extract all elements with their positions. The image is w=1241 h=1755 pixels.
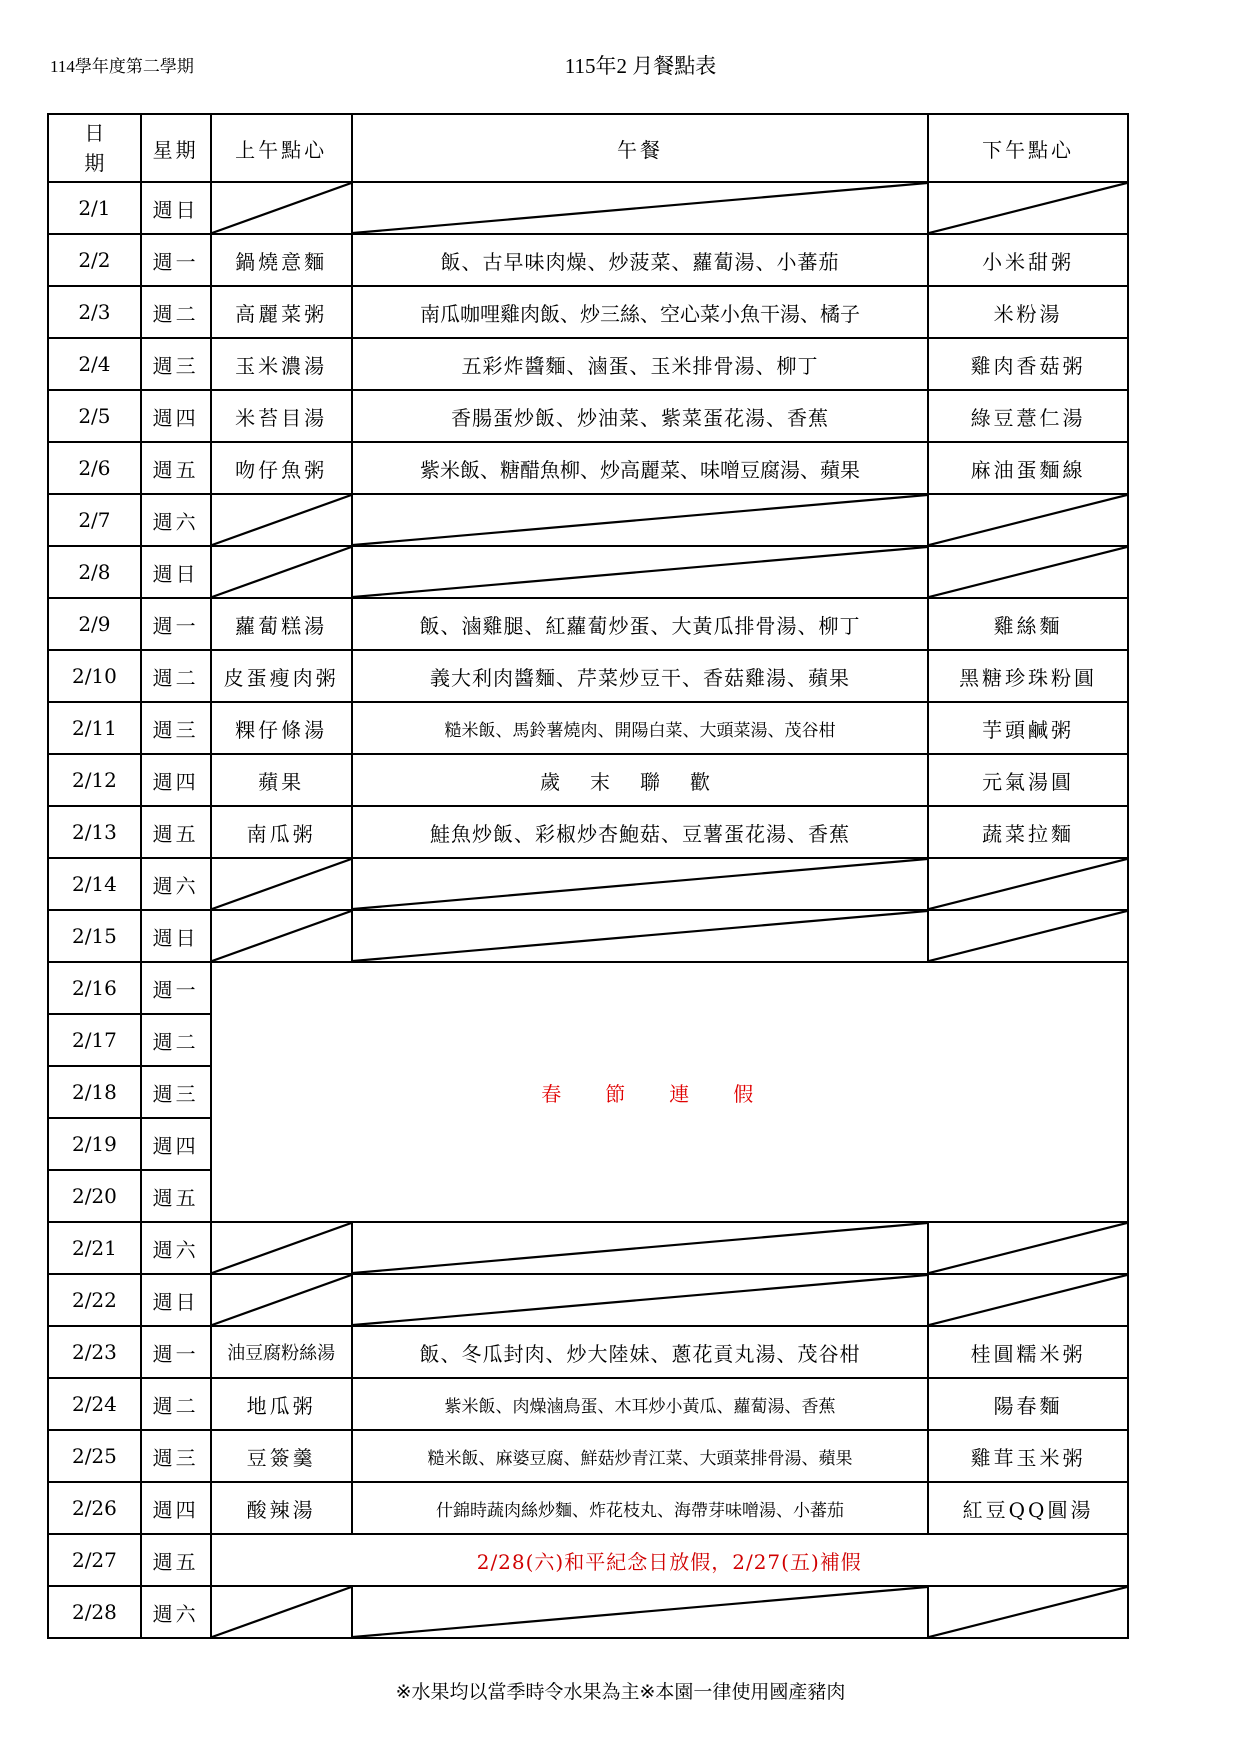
- lunch-cell: 什錦時蔬肉絲炒麵、炸花枝丸、海帶芽味噌湯、小蕃茄: [352, 1482, 928, 1534]
- weekday-cell: 週五: [141, 1534, 211, 1586]
- lunch-cell: 糙米飯、馬鈴薯燒肉、開陽白菜、大頭菜湯、茂谷柑: [352, 702, 928, 754]
- lunch-cell-closed: [352, 546, 928, 598]
- table-row: 2/22週日: [48, 1274, 1128, 1326]
- diagonal-slash-icon: [353, 183, 927, 233]
- am-snack-cell: 高麗菜粥: [211, 286, 352, 338]
- date-cell: 2/22: [48, 1274, 141, 1326]
- lunch-cell-closed: [352, 494, 928, 546]
- diagonal-slash-icon: [929, 1587, 1127, 1637]
- weekday-cell: 週日: [141, 546, 211, 598]
- am-snack-cell-closed: [211, 182, 352, 234]
- weekday-cell: 週二: [141, 650, 211, 702]
- lunch-cell-closed: [352, 1222, 928, 1274]
- meal-schedule-table: 日 期 星期 上午點心 午餐 下午點心 2/1週日2/2週一鍋燒意麵飯、古早味肉…: [47, 113, 1129, 1639]
- am-snack-cell: 酸辣湯: [211, 1482, 352, 1534]
- diagonal-slash-icon: [353, 547, 927, 597]
- table-row: 2/13週五南瓜粥鮭魚炒飯、彩椒炒杏鮑菇、豆薯蛋花湯、香蕉蔬菜拉麵: [48, 806, 1128, 858]
- column-header-lunch: 午餐: [352, 114, 928, 182]
- date-cell: 2/17: [48, 1014, 141, 1066]
- am-snack-cell-closed: [211, 1222, 352, 1274]
- column-header-date: 日 期: [48, 114, 141, 182]
- pm-snack-cell-closed: [928, 858, 1128, 910]
- pm-snack-cell: 雞肉香菇粥: [928, 338, 1128, 390]
- table-row: 2/27週五2/28(六)和平紀念日放假，2/27(五)補假: [48, 1534, 1128, 1586]
- table-row: 2/6週五吻仔魚粥紫米飯、糖醋魚柳、炒高麗菜、味噌豆腐湯、蘋果麻油蛋麵線: [48, 442, 1128, 494]
- pm-snack-cell: 小米甜粥: [928, 234, 1128, 286]
- diagonal-slash-icon: [929, 183, 1127, 233]
- pm-snack-cell: 雞絲麵: [928, 598, 1128, 650]
- pm-snack-cell: 雞茸玉米粥: [928, 1430, 1128, 1482]
- column-header-pm-snack: 下午點心: [928, 114, 1128, 182]
- pm-snack-cell-closed: [928, 1586, 1128, 1638]
- table-row: 2/5週四米苔目湯香腸蛋炒飯、炒油菜、紫菜蛋花湯、香蕉綠豆薏仁湯: [48, 390, 1128, 442]
- lunch-cell-closed: [352, 910, 928, 962]
- diagonal-slash-icon: [212, 495, 351, 545]
- weekday-cell: 週四: [141, 390, 211, 442]
- weekday-cell: 週五: [141, 806, 211, 858]
- lunch-cell: 飯、古早味肉燥、炒菠菜、蘿蔔湯、小蕃茄: [352, 234, 928, 286]
- weekday-cell: 週日: [141, 910, 211, 962]
- weekday-cell: 週六: [141, 858, 211, 910]
- pm-snack-cell: 米粉湯: [928, 286, 1128, 338]
- am-snack-cell-closed: [211, 1274, 352, 1326]
- pm-snack-cell: 紅豆QQ圓湯: [928, 1482, 1128, 1534]
- weekday-cell: 週六: [141, 1586, 211, 1638]
- lunch-cell: 香腸蛋炒飯、炒油菜、紫菜蛋花湯、香蕉: [352, 390, 928, 442]
- weekday-cell: 週三: [141, 1430, 211, 1482]
- table-row: 2/8週日: [48, 546, 1128, 598]
- table-row: 2/16週一春節連假: [48, 962, 1128, 1014]
- date-cell: 2/13: [48, 806, 141, 858]
- table-row: 2/7週六: [48, 494, 1128, 546]
- date-cell: 2/16: [48, 962, 141, 1014]
- notice-banner: 2/28(六)和平紀念日放假，2/27(五)補假: [211, 1534, 1129, 1586]
- diagonal-slash-icon: [212, 1223, 351, 1273]
- date-cell: 2/19: [48, 1118, 141, 1170]
- am-snack-cell-closed: [211, 546, 352, 598]
- diagonal-slash-icon: [212, 547, 351, 597]
- diagonal-slash-icon: [353, 911, 927, 961]
- date-cell: 2/3: [48, 286, 141, 338]
- weekday-cell: 週六: [141, 1222, 211, 1274]
- date-cell: 2/5: [48, 390, 141, 442]
- lunch-cell: 歲末聯歡: [352, 754, 928, 806]
- am-snack-cell: 鍋燒意麵: [211, 234, 352, 286]
- table-header-row: 日 期 星期 上午點心 午餐 下午點心: [48, 114, 1128, 182]
- weekday-cell: 週一: [141, 234, 211, 286]
- am-snack-cell: 地瓜粥: [211, 1378, 352, 1430]
- date-cell: 2/14: [48, 858, 141, 910]
- weekday-cell: 週三: [141, 1066, 211, 1118]
- table-row: 2/15週日: [48, 910, 1128, 962]
- am-snack-cell-closed: [211, 910, 352, 962]
- table-row: 2/2週一鍋燒意麵飯、古早味肉燥、炒菠菜、蘿蔔湯、小蕃茄小米甜粥: [48, 234, 1128, 286]
- date-cell: 2/23: [48, 1326, 141, 1378]
- date-cell: 2/2: [48, 234, 141, 286]
- pm-snack-cell-closed: [928, 910, 1128, 962]
- diagonal-slash-icon: [929, 859, 1127, 909]
- lunch-cell: 五彩炸醬麵、滷蛋、玉米排骨湯、柳丁: [352, 338, 928, 390]
- am-snack-cell: 粿仔條湯: [211, 702, 352, 754]
- date-cell: 2/7: [48, 494, 141, 546]
- pm-snack-cell: 麻油蛋麵線: [928, 442, 1128, 494]
- date-cell: 2/18: [48, 1066, 141, 1118]
- date-cell: 2/6: [48, 442, 141, 494]
- table-row: 2/24週二地瓜粥紫米飯、肉燥滷鳥蛋、木耳炒小黃瓜、蘿蔔湯、香蕉陽春麵: [48, 1378, 1128, 1430]
- diagonal-slash-icon: [212, 911, 351, 961]
- lunch-cell: 飯、滷雞腿、紅蘿蔔炒蛋、大黃瓜排骨湯、柳丁: [352, 598, 928, 650]
- table-row: 2/1週日: [48, 182, 1128, 234]
- diagonal-slash-icon: [212, 1275, 351, 1325]
- weekday-cell: 週三: [141, 702, 211, 754]
- column-header-date-line2: 期: [49, 148, 140, 178]
- lunch-cell: 義大利肉醬麵、芹菜炒豆干、香菇雞湯、蘋果: [352, 650, 928, 702]
- date-cell: 2/25: [48, 1430, 141, 1482]
- table-body: 2/1週日2/2週一鍋燒意麵飯、古早味肉燥、炒菠菜、蘿蔔湯、小蕃茄小米甜粥2/3…: [48, 182, 1128, 1638]
- date-cell: 2/4: [48, 338, 141, 390]
- am-snack-cell: 蘋果: [211, 754, 352, 806]
- holiday-banner: 春節連假: [211, 962, 1129, 1222]
- pm-snack-cell: 元氣湯圓: [928, 754, 1128, 806]
- lunch-cell-closed: [352, 1274, 928, 1326]
- am-snack-cell-closed: [211, 858, 352, 910]
- weekday-cell: 週四: [141, 754, 211, 806]
- weekday-cell: 週五: [141, 442, 211, 494]
- weekday-cell: 週一: [141, 1326, 211, 1378]
- page-title-text: 115年2 月餐點表: [565, 50, 716, 80]
- table-row: 2/26週四酸辣湯什錦時蔬肉絲炒麵、炸花枝丸、海帶芽味噌湯、小蕃茄紅豆QQ圓湯: [48, 1482, 1128, 1534]
- table-row: 2/23週一油豆腐粉絲湯飯、冬瓜封肉、炒大陸妹、蔥花貢丸湯、茂谷柑桂圓糯米粥: [48, 1326, 1128, 1378]
- weekday-cell: 週三: [141, 338, 211, 390]
- lunch-cell: 飯、冬瓜封肉、炒大陸妹、蔥花貢丸湯、茂谷柑: [352, 1326, 928, 1378]
- date-cell: 2/26: [48, 1482, 141, 1534]
- date-cell: 2/28: [48, 1586, 141, 1638]
- table-row: 2/14週六: [48, 858, 1128, 910]
- table-row: 2/25週三豆簽羹糙米飯、麻婆豆腐、鮮菇炒青江菜、大頭菜排骨湯、蘋果雞茸玉米粥: [48, 1430, 1128, 1482]
- footer-note: ※水果均以當季時令水果為主※本園一律使用國產豬肉: [0, 1677, 1241, 1704]
- weekday-cell: 週日: [141, 182, 211, 234]
- date-cell: 2/11: [48, 702, 141, 754]
- pm-snack-cell: 綠豆薏仁湯: [928, 390, 1128, 442]
- lunch-cell: 鮭魚炒飯、彩椒炒杏鮑菇、豆薯蛋花湯、香蕉: [352, 806, 928, 858]
- diagonal-slash-icon: [212, 183, 351, 233]
- table-row: 2/12週四蘋果歲末聯歡元氣湯圓: [48, 754, 1128, 806]
- table-row: 2/3週二高麗菜粥南瓜咖哩雞肉飯、炒三絲、空心菜小魚干湯、橘子米粉湯: [48, 286, 1128, 338]
- diagonal-slash-icon: [353, 1587, 927, 1637]
- table-row: 2/11週三粿仔條湯糙米飯、馬鈴薯燒肉、開陽白菜、大頭菜湯、茂谷柑芋頭鹹粥: [48, 702, 1128, 754]
- diagonal-slash-icon: [929, 547, 1127, 597]
- am-snack-cell: 吻仔魚粥: [211, 442, 352, 494]
- table-row: 2/4週三玉米濃湯五彩炸醬麵、滷蛋、玉米排骨湯、柳丁雞肉香菇粥: [48, 338, 1128, 390]
- weekday-cell: 週日: [141, 1274, 211, 1326]
- pm-snack-cell-closed: [928, 494, 1128, 546]
- pm-snack-cell-closed: [928, 182, 1128, 234]
- diagonal-slash-icon: [929, 1223, 1127, 1273]
- lunch-cell-closed: [352, 1586, 928, 1638]
- lunch-cell: 紫米飯、糖醋魚柳、炒高麗菜、味噌豆腐湯、蘋果: [352, 442, 928, 494]
- am-snack-cell: 米苔目湯: [211, 390, 352, 442]
- column-header-weekday: 星期: [141, 114, 211, 182]
- pm-snack-cell-closed: [928, 546, 1128, 598]
- date-cell: 2/10: [48, 650, 141, 702]
- diagonal-slash-icon: [353, 859, 927, 909]
- lunch-cell: 糙米飯、麻婆豆腐、鮮菇炒青江菜、大頭菜排骨湯、蘋果: [352, 1430, 928, 1482]
- column-header-date-line1: 日: [49, 118, 140, 148]
- weekday-cell: 週二: [141, 286, 211, 338]
- date-cell: 2/9: [48, 598, 141, 650]
- weekday-cell: 週五: [141, 1170, 211, 1222]
- table-row: 2/10週二皮蛋瘦肉粥義大利肉醬麵、芹菜炒豆干、香菇雞湯、蘋果黑糖珍珠粉圓: [48, 650, 1128, 702]
- page-title: 115年2 月餐點表: [0, 50, 1241, 80]
- date-cell: 2/15: [48, 910, 141, 962]
- date-cell: 2/27: [48, 1534, 141, 1586]
- date-cell: 2/8: [48, 546, 141, 598]
- pm-snack-cell: 黑糖珍珠粉圓: [928, 650, 1128, 702]
- diagonal-slash-icon: [353, 1275, 927, 1325]
- lunch-cell-closed: [352, 858, 928, 910]
- am-snack-cell: 油豆腐粉絲湯: [211, 1326, 352, 1378]
- am-snack-cell: 南瓜粥: [211, 806, 352, 858]
- am-snack-cell-closed: [211, 494, 352, 546]
- pm-snack-cell: 陽春麵: [928, 1378, 1128, 1430]
- diagonal-slash-icon: [929, 1275, 1127, 1325]
- weekday-cell: 週一: [141, 598, 211, 650]
- am-snack-cell: 豆簽羹: [211, 1430, 352, 1482]
- lunch-cell: 紫米飯、肉燥滷鳥蛋、木耳炒小黃瓜、蘿蔔湯、香蕉: [352, 1378, 928, 1430]
- diagonal-slash-icon: [353, 495, 927, 545]
- date-cell: 2/12: [48, 754, 141, 806]
- weekday-cell: 週四: [141, 1118, 211, 1170]
- pm-snack-cell-closed: [928, 1222, 1128, 1274]
- date-cell: 2/20: [48, 1170, 141, 1222]
- weekday-cell: 週一: [141, 962, 211, 1014]
- weekday-cell: 週二: [141, 1014, 211, 1066]
- date-cell: 2/21: [48, 1222, 141, 1274]
- pm-snack-cell: 芋頭鹹粥: [928, 702, 1128, 754]
- table-row: 2/21週六: [48, 1222, 1128, 1274]
- weekday-cell: 週六: [141, 494, 211, 546]
- date-cell: 2/1: [48, 182, 141, 234]
- diagonal-slash-icon: [929, 911, 1127, 961]
- lunch-cell-closed: [352, 182, 928, 234]
- pm-snack-cell-closed: [928, 1274, 1128, 1326]
- column-header-am-snack: 上午點心: [211, 114, 352, 182]
- am-snack-cell: 皮蛋瘦肉粥: [211, 650, 352, 702]
- diagonal-slash-icon: [353, 1223, 927, 1273]
- table-row: 2/28週六: [48, 1586, 1128, 1638]
- diagonal-slash-icon: [929, 495, 1127, 545]
- date-cell: 2/24: [48, 1378, 141, 1430]
- am-snack-cell: 蘿蔔糕湯: [211, 598, 352, 650]
- diagonal-slash-icon: [212, 859, 351, 909]
- weekday-cell: 週二: [141, 1378, 211, 1430]
- am-snack-cell: 玉米濃湯: [211, 338, 352, 390]
- table-row: 2/9週一蘿蔔糕湯飯、滷雞腿、紅蘿蔔炒蛋、大黃瓜排骨湯、柳丁雞絲麵: [48, 598, 1128, 650]
- lunch-cell: 南瓜咖哩雞肉飯、炒三絲、空心菜小魚干湯、橘子: [352, 286, 928, 338]
- am-snack-cell-closed: [211, 1586, 352, 1638]
- weekday-cell: 週四: [141, 1482, 211, 1534]
- pm-snack-cell: 蔬菜拉麵: [928, 806, 1128, 858]
- diagonal-slash-icon: [212, 1587, 351, 1637]
- pm-snack-cell: 桂圓糯米粥: [928, 1326, 1128, 1378]
